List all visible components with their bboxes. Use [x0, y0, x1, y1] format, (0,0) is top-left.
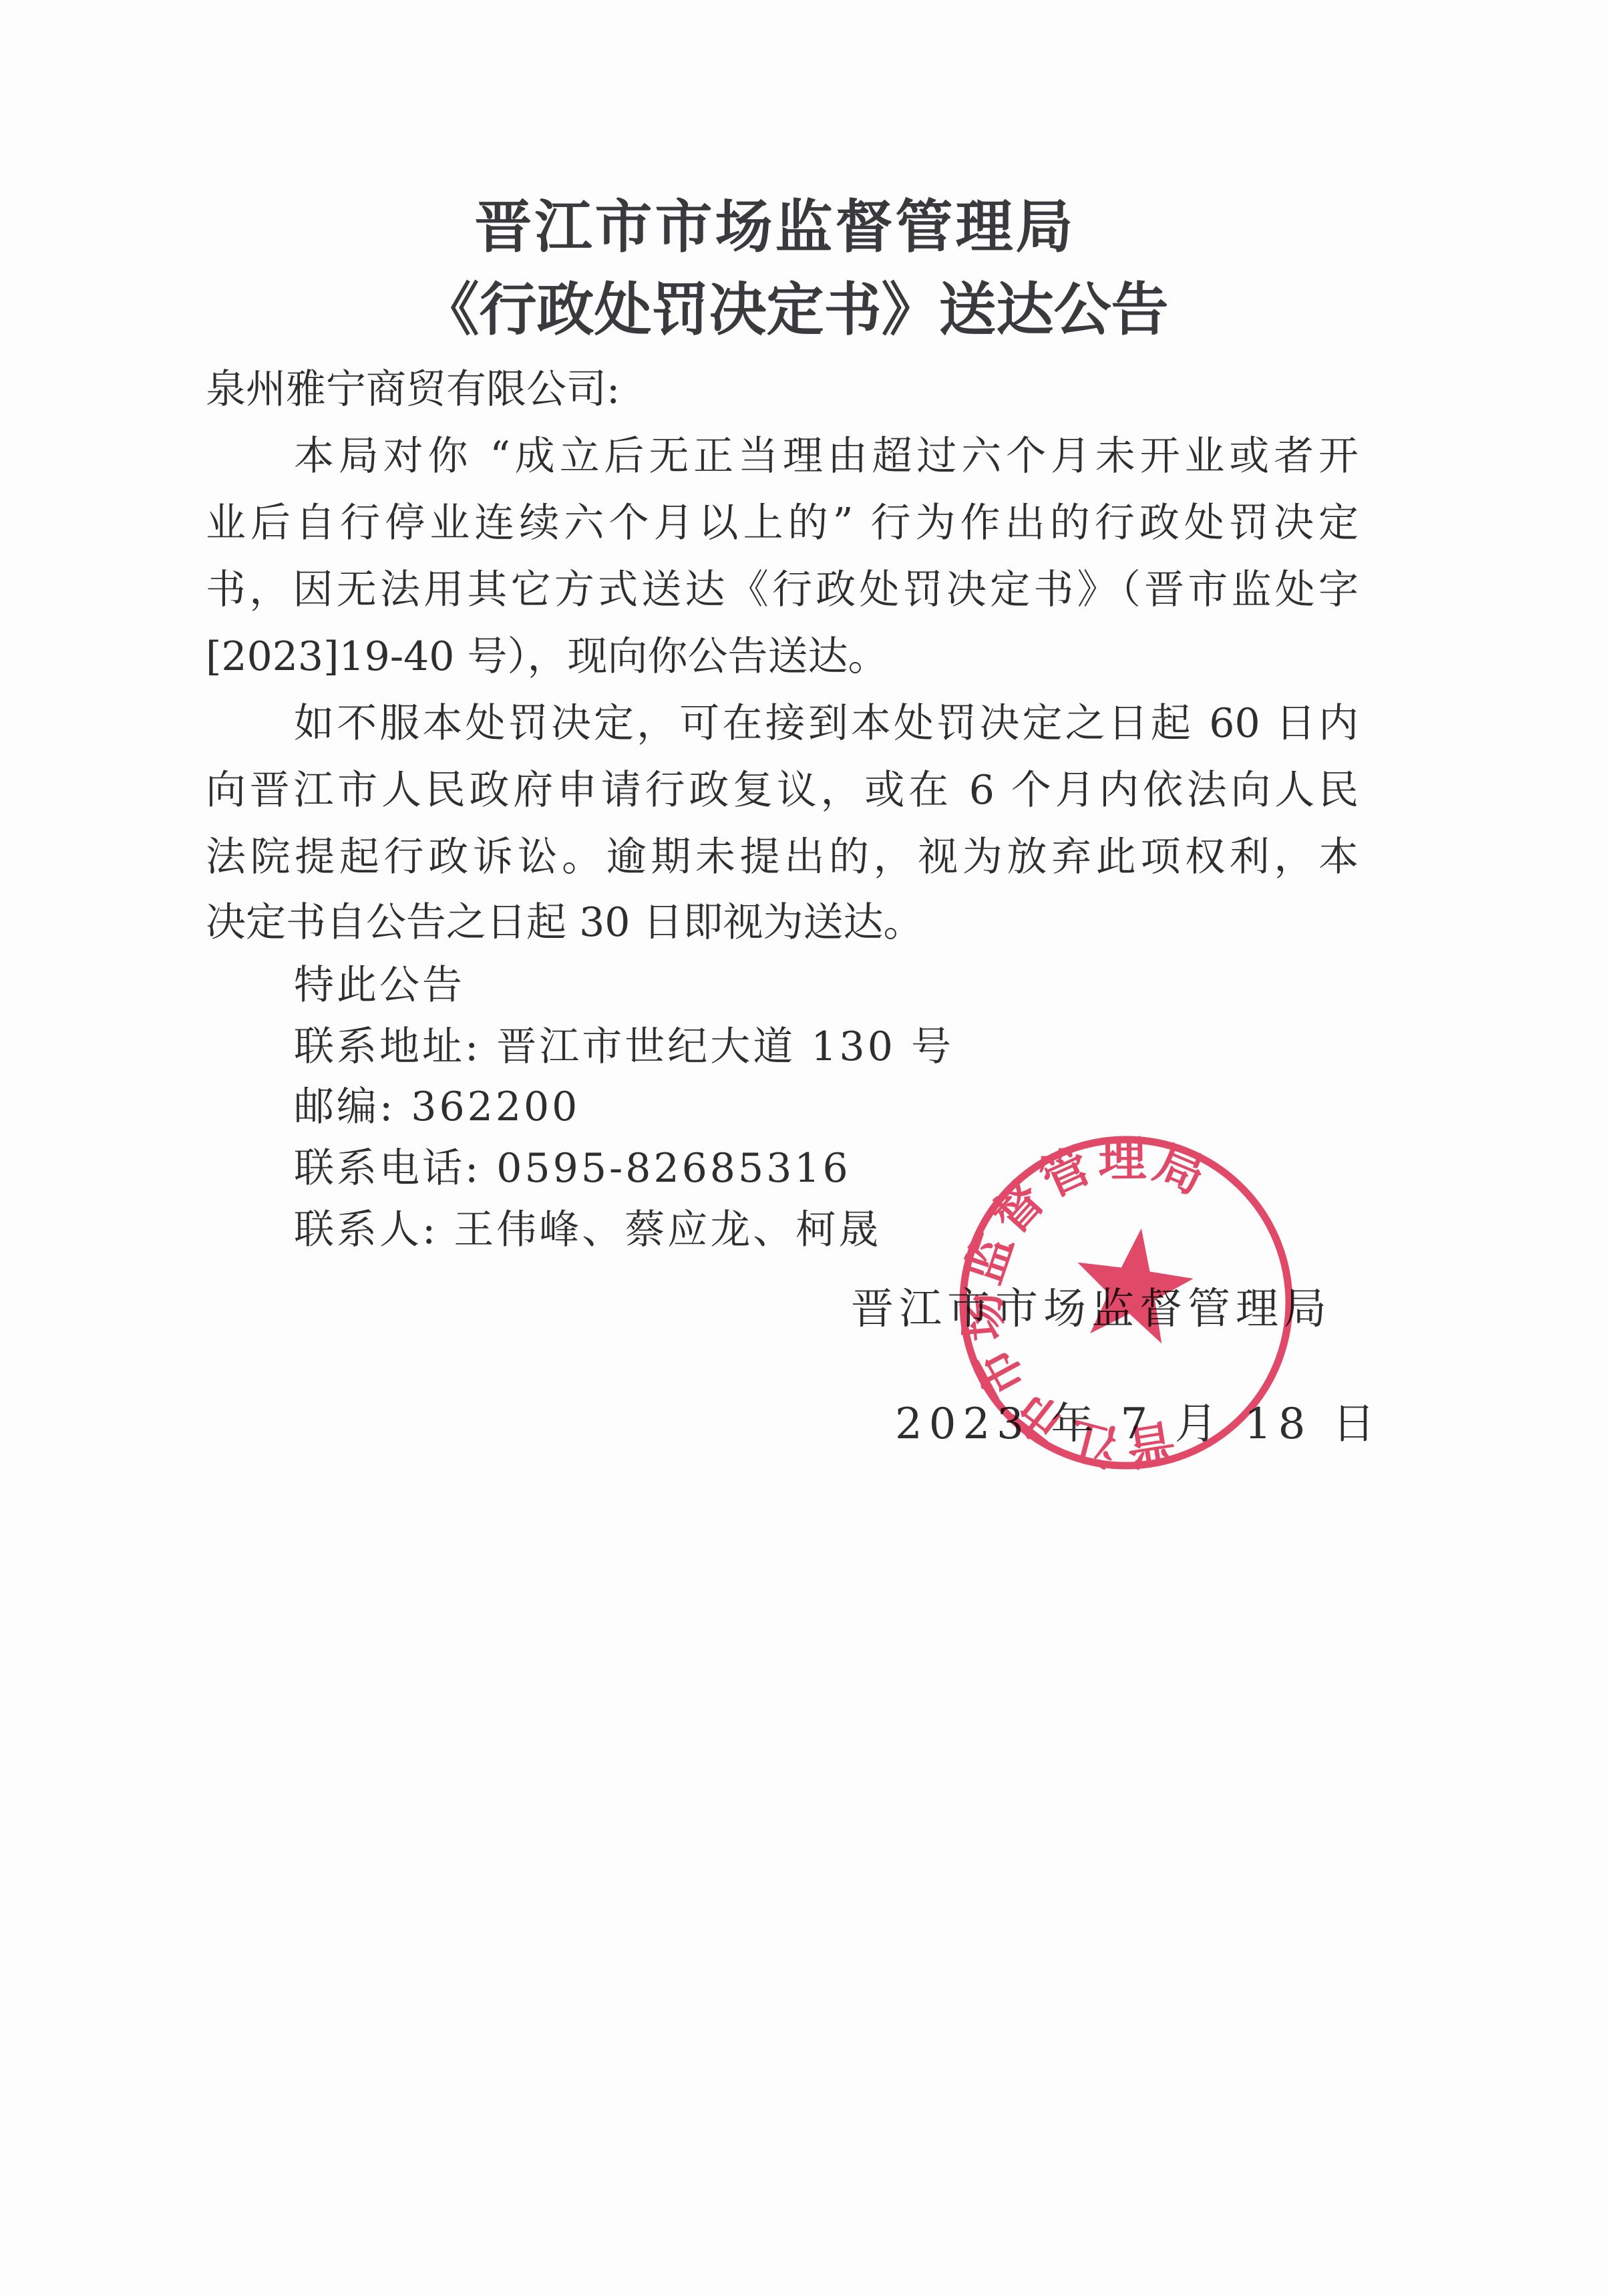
contact-phone: 联系电话: 0595-82685316 — [294, 1145, 851, 1192]
closing-text: 特此公告 — [294, 962, 465, 1009]
paragraph-line: 如不服本处罚决定，可在接到本处罚决定之日起 60 日内 — [294, 700, 1359, 747]
contact-phone-value: 0595-82685316 — [496, 1145, 850, 1192]
paragraph-line: [2023]19-40 号），现向你公告送达。 — [206, 633, 1359, 680]
paragraph-line: 本局对你 “成立后无正当理由超过六个月未开业或者开 — [294, 433, 1359, 480]
contact-persons-value: 王伟峰、蔡应龙、柯晟 — [454, 1206, 881, 1253]
paragraph-line: 法院提起行政诉讼。逾期未提出的，视为放弃此项权利，本 — [206, 834, 1359, 880]
paragraph-line: 业后自行停业连续六个月以上的” 行为作出的行政处罚决定 — [206, 500, 1359, 546]
addressee: 泉州雅宁商贸有限公司: — [206, 366, 1359, 413]
contact-postcode-value: 362200 — [411, 1084, 580, 1130]
title-issuer: 晋江市市场监督管理局 — [0, 194, 1580, 261]
paragraph-line: 书，因无法用其它方式送达《行政处罚决定书》（晋市监处字 — [206, 566, 1359, 613]
contact-persons: 联系人: 王伟峰、蔡应龙、柯晟 — [294, 1206, 881, 1253]
contact-postcode: 邮编: 362200 — [294, 1084, 580, 1130]
paragraph-line: 决定书自公告之日起 30 日即视为送达。 — [206, 899, 1359, 946]
contact-address-label: 联系地址: — [294, 1023, 481, 1070]
official-seal: 晋江市市场监督管理局 — [958, 1134, 1294, 1471]
contact-postcode-label: 邮编: — [294, 1084, 395, 1130]
star-icon — [1068, 1220, 1199, 1347]
document-page: 晋江市市场监督管理局 《行政处罚决定书》送达公告 泉州雅宁商贸有限公司: 本局对… — [0, 0, 1609, 2296]
contact-phone-label: 联系电话: — [294, 1145, 481, 1192]
contact-address-value: 晋江市世纪大道 130 号 — [496, 1023, 954, 1070]
title-notice: 《行政处罚决定书》送达公告 — [0, 277, 1600, 343]
contact-persons-label: 联系人: — [294, 1206, 438, 1253]
contact-address: 联系地址: 晋江市世纪大道 130 号 — [294, 1023, 954, 1070]
paragraph-line: 向晋江市人民政府申请行政复议，或在 6 个月内依法向人民 — [206, 767, 1359, 814]
